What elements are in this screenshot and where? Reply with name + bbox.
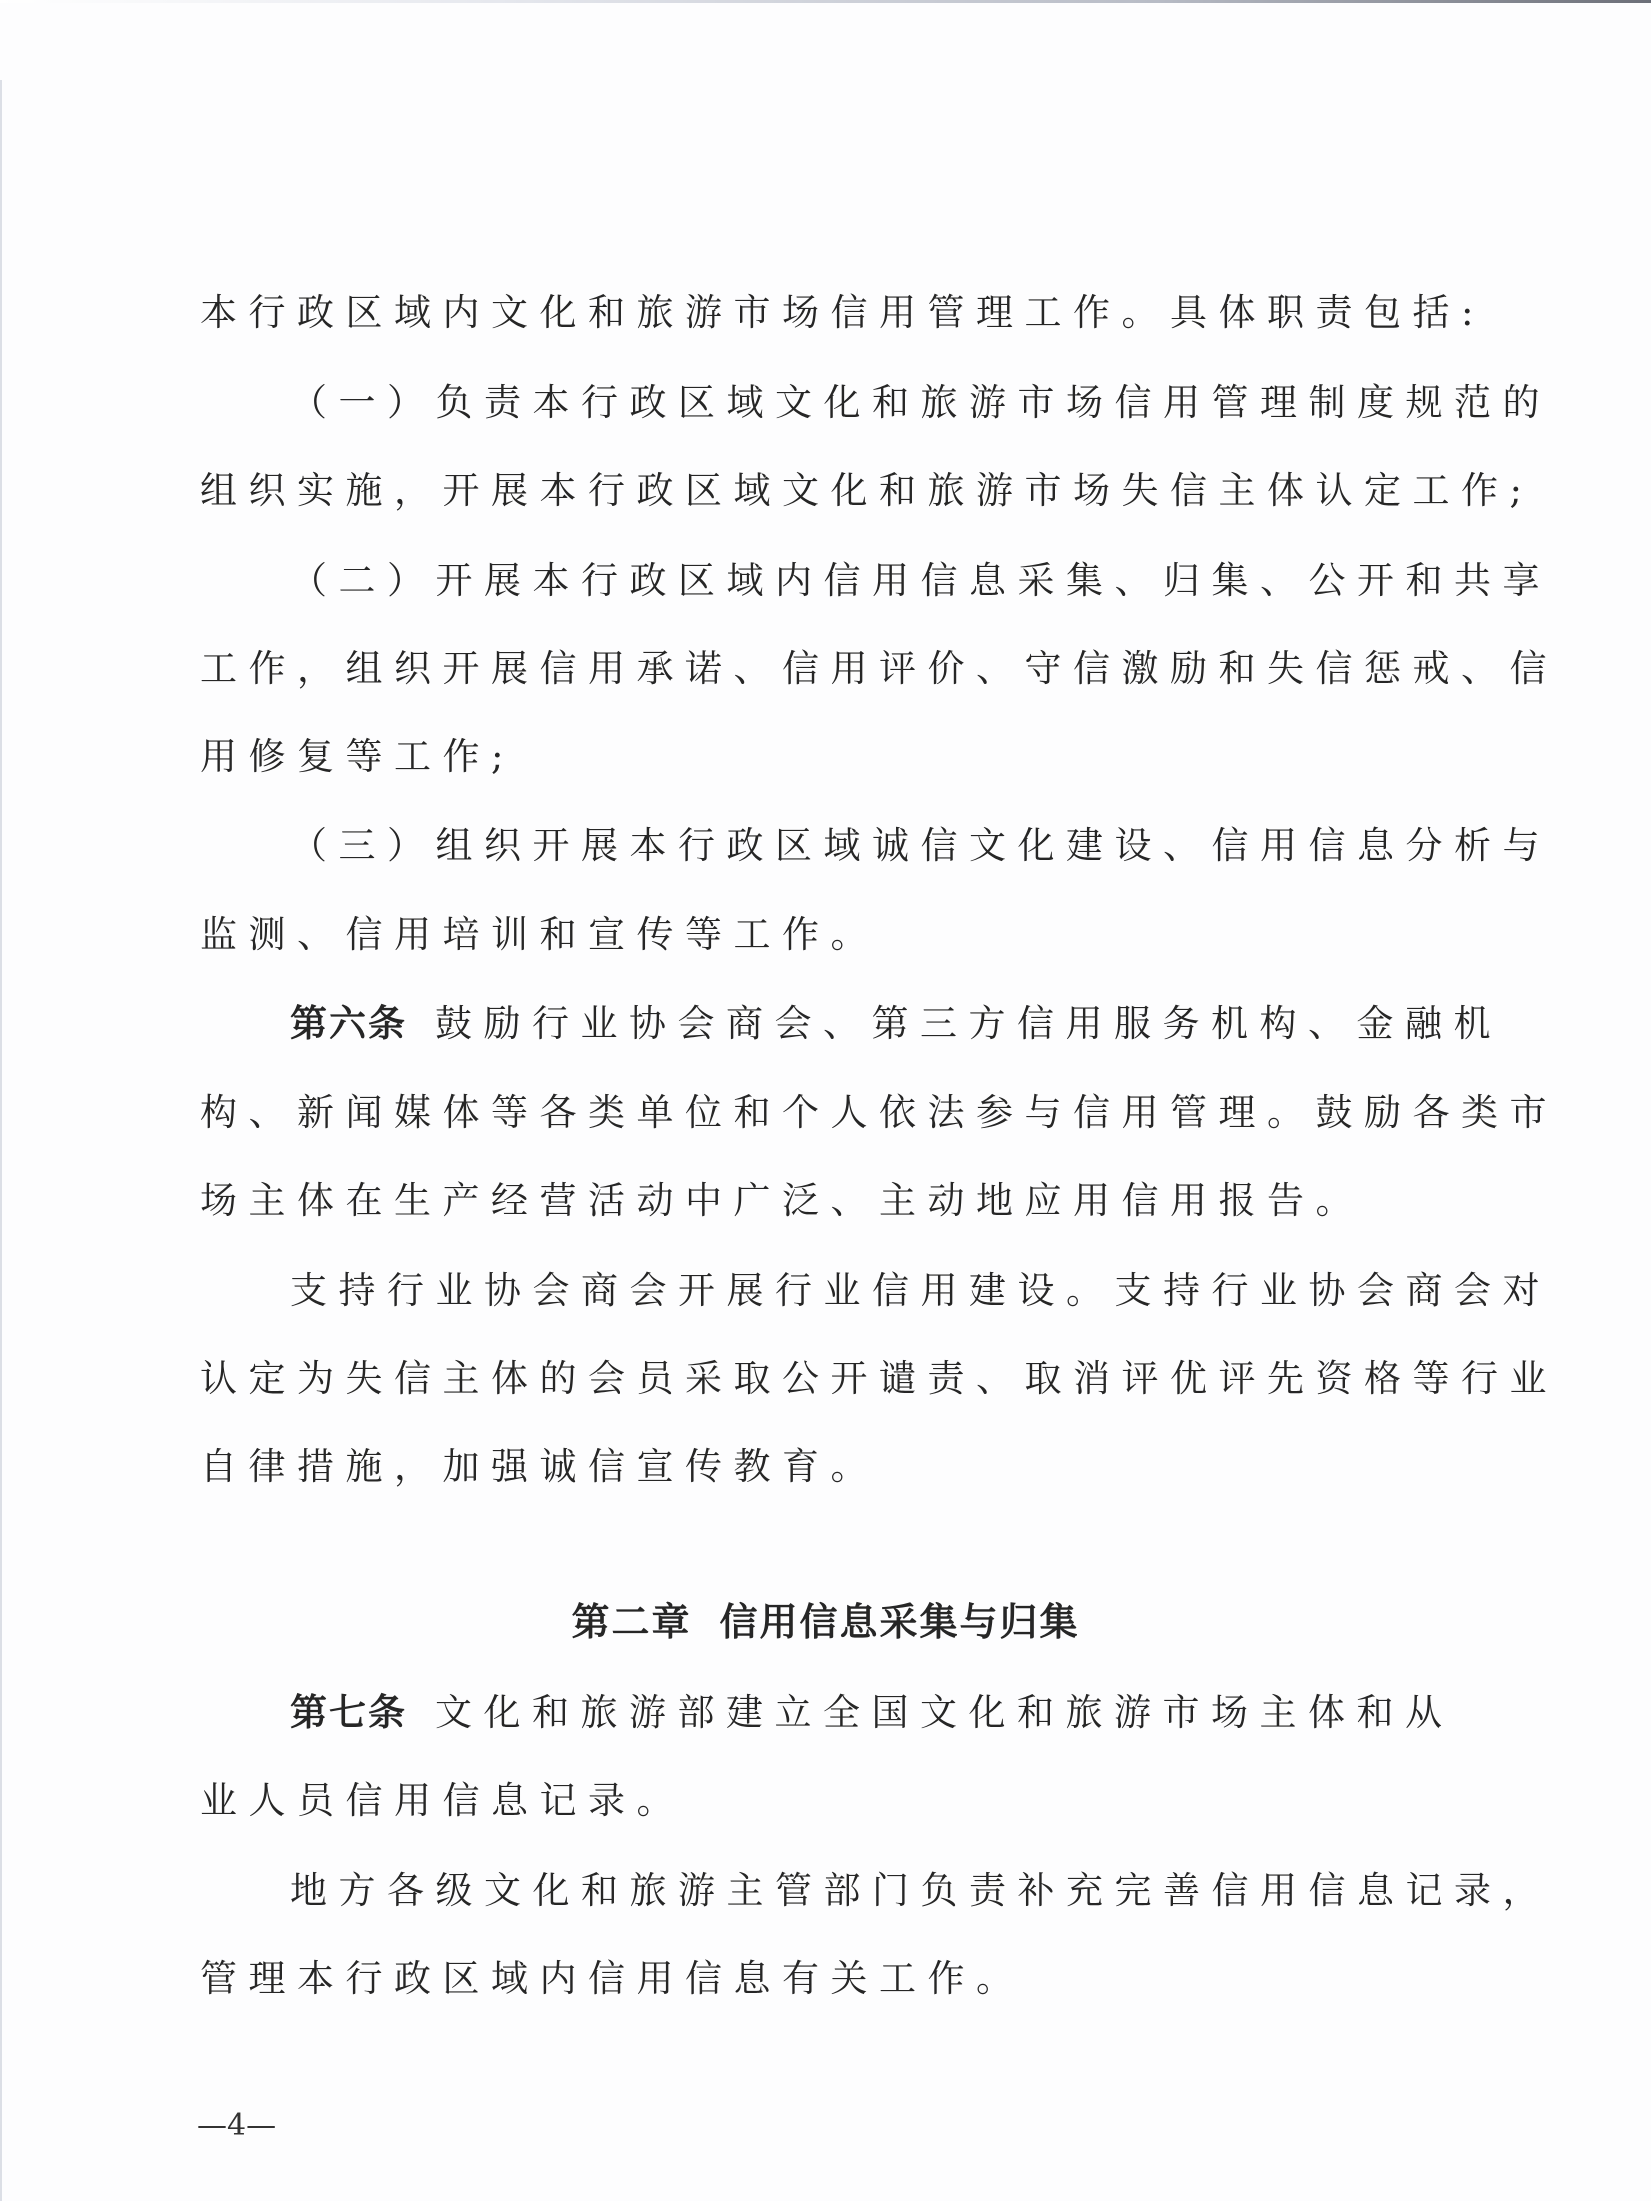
text-line: 业人员信用信息记录。	[200, 1771, 1440, 1831]
text-line: 用修复等工作;	[200, 727, 1440, 787]
article-7-label: 第七条	[290, 1691, 407, 1734]
list-item-1: （一）负责本行政区域文化和旅游市场信用管理制度规范的	[290, 373, 1530, 433]
article-6: 第六条鼓励行业协会商会、第三方信用服务机构、金融机	[290, 994, 1530, 1054]
chapter-title: 第二章信用信息采集与归集	[0, 1592, 1651, 1652]
local-paragraph: 地方各级文化和旅游主管部门负责补充完善信用信息记录，	[290, 1861, 1530, 1921]
support-paragraph: 支持行业协会商会开展行业信用建设。支持行业协会商会对	[290, 1261, 1530, 1321]
article-6-text: 鼓励行业协会商会、第三方信用服务机构、金融机	[435, 1002, 1502, 1045]
list-item-3: （三）组织开展本行政区域诚信文化建设、信用信息分析与	[290, 816, 1530, 876]
page-number: —4—	[197, 2108, 276, 2143]
text-line: 组织实施，开展本行政区域文化和旅游市场失信主体认定工作;	[200, 461, 1440, 521]
text-line: 自律措施，加强诚信宣传教育。	[200, 1437, 1440, 1497]
text-line: 场主体在生产经营活动中广泛、主动地应用信用报告。	[200, 1171, 1440, 1231]
article-7-text: 文化和旅游部建立全国文化和旅游市场主体和从	[435, 1691, 1454, 1734]
text-line: 本行政区域内文化和旅游市场信用管理工作。具体职责包括:	[200, 283, 1440, 343]
article-6-label: 第六条	[290, 1002, 407, 1045]
document-page: 本行政区域内文化和旅游市场信用管理工作。具体职责包括: （一）负责本行政区域文化…	[0, 0, 1651, 2201]
article-7: 第七条文化和旅游部建立全国文化和旅游市场主体和从	[290, 1683, 1530, 1743]
text-line: 构、新闻媒体等各类单位和个人依法参与信用管理。鼓励各类市	[200, 1083, 1440, 1143]
text-line: 工作，组织开展信用承诺、信用评价、守信激励和失信惩戒、信	[200, 639, 1440, 699]
text-line: 认定为失信主体的会员采取公开谴责、取消评优评先资格等行业	[200, 1349, 1440, 1409]
chapter-number: 第二章	[571, 1600, 691, 1644]
list-item-2: （二）开展本行政区域内信用信息采集、归集、公开和共享	[290, 551, 1530, 611]
text-line: 监测、信用培训和宣传等工作。	[200, 905, 1440, 965]
text-line: 管理本行政区域内信用信息有关工作。	[200, 1949, 1440, 2009]
chapter-name: 信用信息采集与归集	[720, 1600, 1080, 1644]
